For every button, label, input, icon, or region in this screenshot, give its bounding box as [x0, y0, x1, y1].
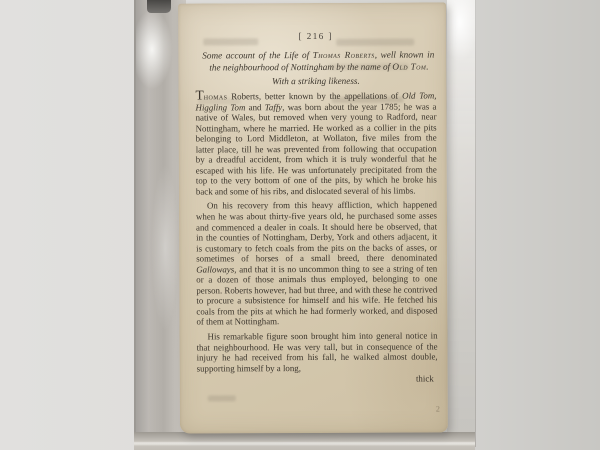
- paragraph-3: His remarkable figure soon brought him i…: [196, 330, 437, 373]
- book-page: [ 216 ] Some account of the Life of Thom…: [178, 2, 448, 433]
- signature-mark: 2: [436, 404, 440, 413]
- body-text-run: , was born about the year 1785; he was a…: [196, 101, 437, 196]
- plastic-sleeve-right-edge: [447, 0, 476, 447]
- paragraph-2: On his recovery from this heavy afflicti…: [196, 200, 438, 328]
- title-text-run: .: [426, 61, 428, 71]
- title-name-old-tom: Old Tom: [392, 61, 426, 71]
- body-text-run: Roberts, better known by the appellation…: [227, 91, 402, 102]
- title-name-thomas-roberts: Thomas Roberts: [313, 50, 375, 60]
- body-text-run: and: [245, 102, 264, 112]
- paragraph-1: Thomas Roberts, better known by the appe…: [195, 89, 436, 197]
- plastic-sleeve-bottom: [134, 432, 475, 450]
- article-title: Some account of the Life of Thomas Rober…: [195, 49, 436, 73]
- italic-galloways: Galloways: [196, 264, 234, 274]
- body-text-run: On his recovery from this heavy afflicti…: [196, 200, 437, 264]
- catchword: thick: [197, 374, 438, 385]
- show-through-smudge: [208, 395, 236, 401]
- article-subtitle: With a striking likeness.: [195, 75, 436, 86]
- title-text-run: Some account of the Life of: [202, 50, 313, 60]
- page-content: [ 216 ] Some account of the Life of Thom…: [195, 30, 438, 384]
- sleeve-clip-shadow: [147, 0, 171, 13]
- photo-scene: [ 216 ] Some account of the Life of Thom…: [0, 0, 600, 450]
- lead-small-caps: homas: [204, 91, 228, 101]
- page-number: [ 216 ]: [195, 30, 436, 41]
- italic-nickname-taffy: Taffy: [265, 102, 282, 112]
